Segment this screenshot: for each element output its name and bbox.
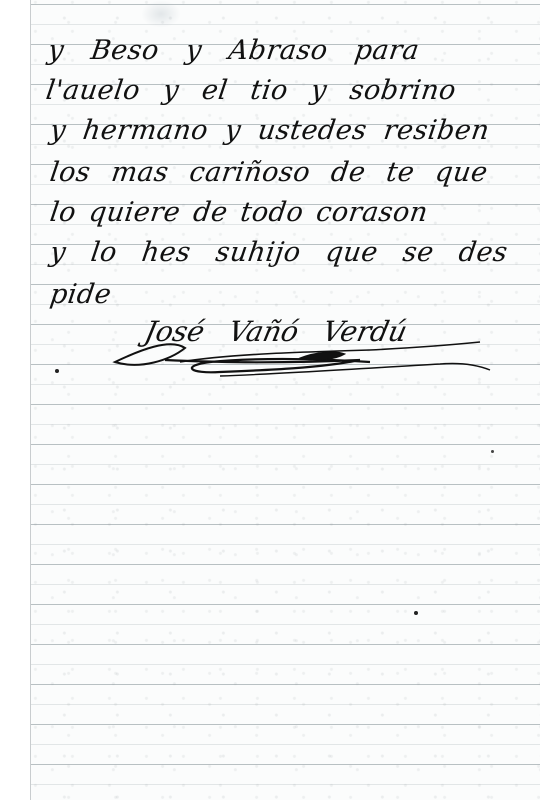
paper-smudge [141,0,181,28]
scan-margin [0,0,30,800]
letter-line-7: pide [48,280,113,310]
letter-line-6: y lo hes suhijo que se des [48,238,510,268]
ink-speck [491,450,494,453]
letter-line-5: lo quiere de todo corason [48,198,430,228]
letter-page: y Beso y Abraso para l'auelo y el tio y … [0,0,540,800]
ink-speck [414,611,418,615]
letter-line-1: y Beso y Abraso para [46,36,421,66]
signature-flourish-icon [110,340,500,390]
letter-line-2: l'auelo y el tio y sobrino [44,76,458,106]
letter-line-4: los mas cariñoso de te que [48,158,490,188]
ink-dot [55,369,59,373]
letter-line-3: y hermano y ustedes resiben [48,116,491,146]
